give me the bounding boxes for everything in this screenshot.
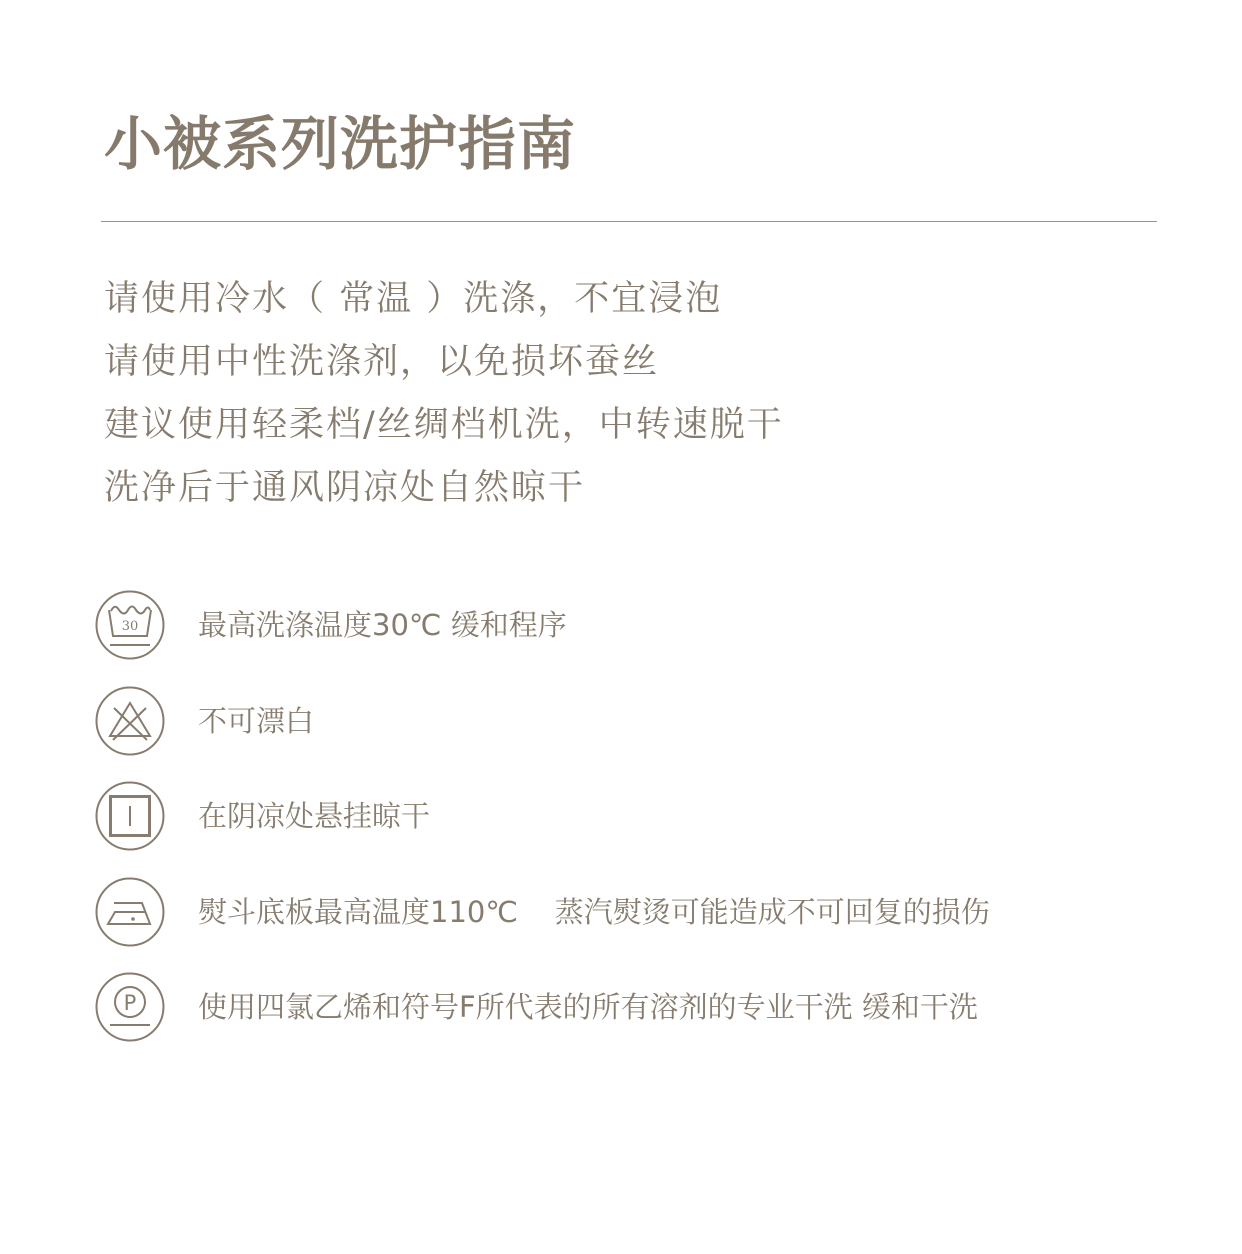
care-instructions-list: 请使用冷水（ 常温 ）洗涤，不宜浸泡 请使用中性洗涤剂，以免损坏蚕丝 建议使用轻…: [104, 268, 784, 520]
no-bleach-icon: [95, 686, 165, 756]
wash-30-gentle-icon: 30: [95, 590, 165, 660]
instruction-item: 请使用冷水（ 常温 ）洗涤，不宜浸泡: [104, 268, 784, 331]
dry-clean-p-gentle-icon: P: [95, 972, 165, 1042]
care-symbol-text: 在阴凉处悬挂晾干: [198, 781, 430, 851]
care-symbol-text: 使用四氯乙烯和符号F所代表的所有溶剂的专业干洗 缓和干洗: [198, 972, 978, 1042]
care-symbol-text: 最高洗涤温度30℃ 缓和程序: [198, 590, 567, 660]
care-symbol-text: 不可漂白: [198, 686, 314, 756]
page-title: 小被系列洗护指南: [104, 104, 576, 184]
svg-text:30: 30: [122, 619, 139, 634]
instruction-item: 请使用中性洗涤剂，以免损坏蚕丝: [104, 331, 784, 394]
iron-low-temp-icon: [95, 877, 165, 947]
instruction-item: 建议使用轻柔档/丝绸档机洗，中转速脱干: [104, 394, 784, 457]
instruction-item: 洗净后于通风阴凉处自然晾干: [104, 457, 784, 520]
care-symbol-row: 熨斗底板最高温度110℃ 蒸汽熨烫可能造成不可回复的损伤: [95, 877, 990, 973]
svg-text:P: P: [124, 991, 137, 1015]
care-symbol-row: P 使用四氯乙烯和符号F所代表的所有溶剂的专业干洗 缓和干洗: [95, 972, 990, 1068]
title-divider: [101, 221, 1157, 222]
care-symbol-text: 熨斗底板最高温度110℃ 蒸汽熨烫可能造成不可回复的损伤: [198, 877, 990, 947]
care-symbol-row: 在阴凉处悬挂晾干: [95, 781, 990, 877]
care-symbol-row: 不可漂白: [95, 686, 990, 782]
care-symbol-row: 30 最高洗涤温度30℃ 缓和程序: [95, 590, 990, 686]
line-dry-shade-icon: [95, 781, 165, 851]
care-symbols-list: 30 最高洗涤温度30℃ 缓和程序 不可漂白 在阴凉处悬挂晾干: [95, 590, 990, 1068]
